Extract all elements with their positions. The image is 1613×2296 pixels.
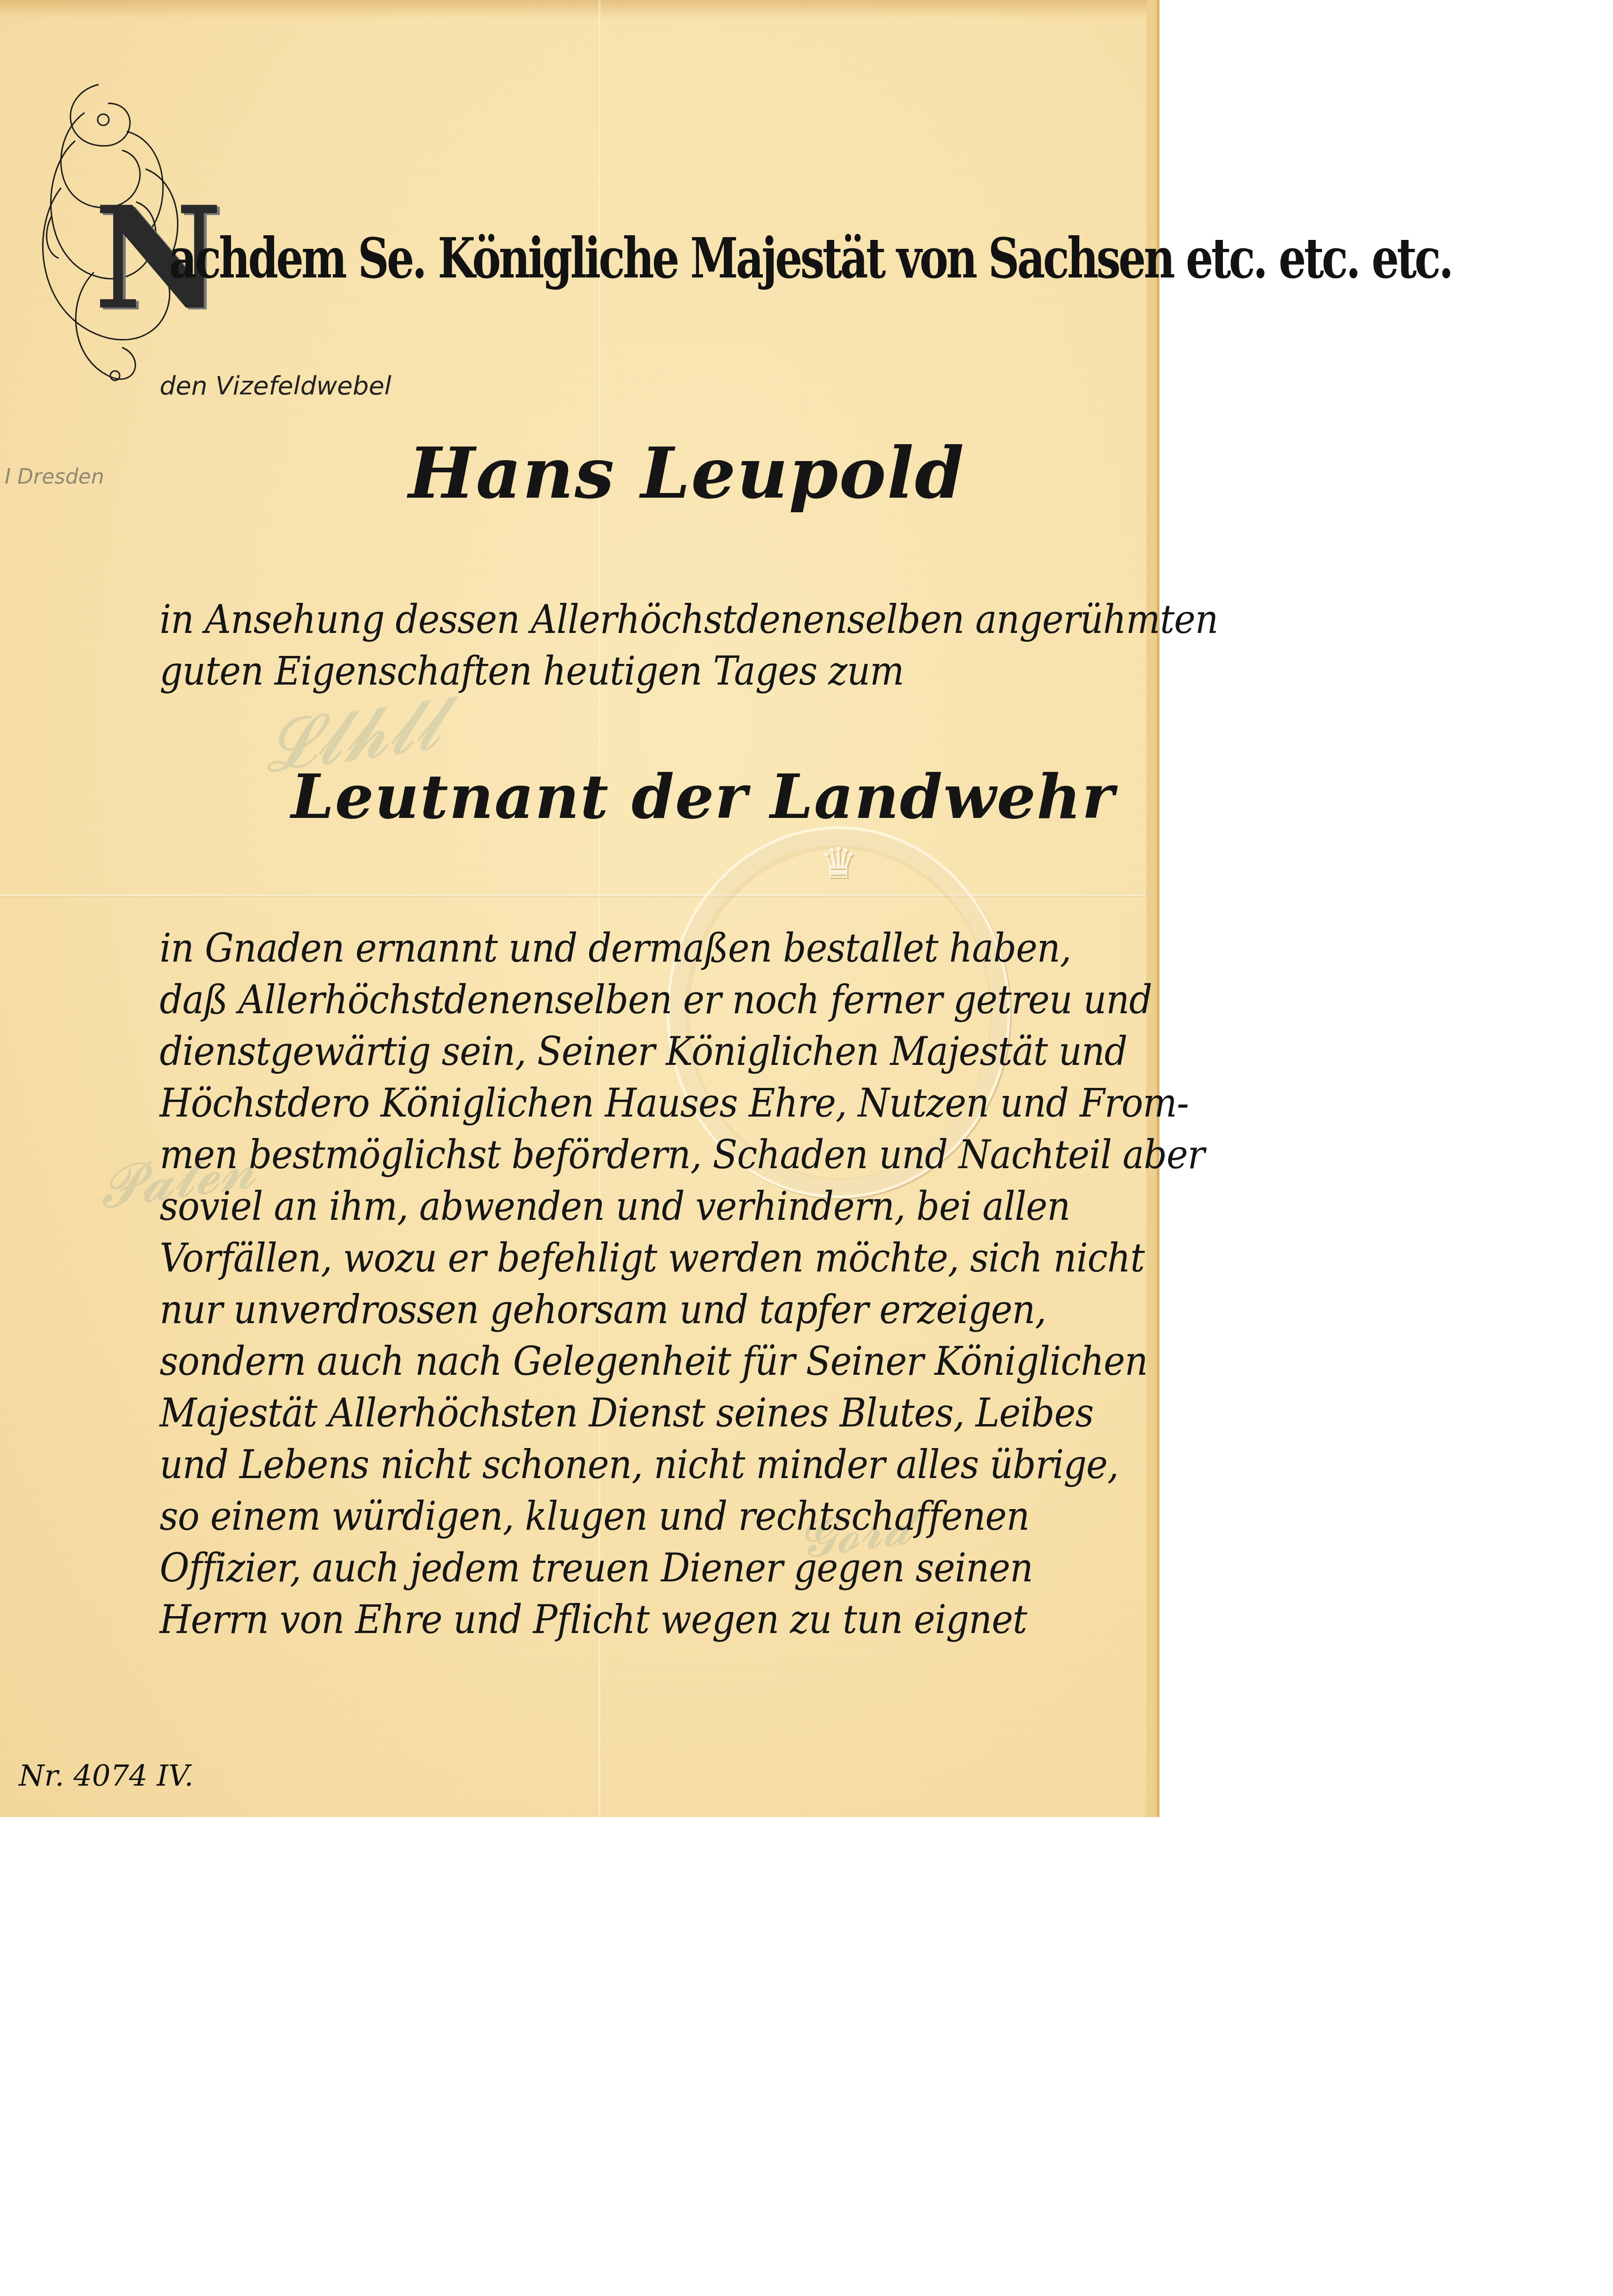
document-paper: ♛ 𝓛𝓵𝓱𝓵𝓵 𝓟𝓪𝓽𝓮𝓷 𝓖𝓸𝓻𝓭 N achdem Se. Königlic… [0,0,1160,1817]
body-line: soviel an ihm, abwenden und verhindern, … [160,1183,1070,1229]
body-line: dienstgewärtig sein, Seiner Königlichen … [160,1028,1127,1074]
document-number: Nr. 4074 IV. [19,1758,193,1793]
recipient-name: Hans Leupold [408,432,965,515]
body-line: men bestmöglichst befördern, Schaden und… [160,1132,1205,1178]
body-line: und Lebens nicht schonen, nicht minder a… [160,1441,1119,1487]
body-line: in Gnaden ernannt und dermaßen bestallet… [160,925,1071,971]
prefix-line: den Vizefeldwebel [160,371,392,401]
intro-line: guten Eigenschaften heutigen Tages zum [160,648,904,694]
body-line: Höchstdero Königlichen Hauses Ehre, Nutz… [160,1080,1189,1126]
heading-text: achdem Se. Königliche Majestät von Sachs… [169,225,1452,291]
intro-line: in Ansehung dessen Allerhöchstdenenselbe… [160,596,1218,642]
margin-note: I Dresden [5,465,104,489]
horizontal-fold-line [0,894,1145,897]
body-line: so einem würdigen, klugen und rechtschaf… [160,1493,1029,1539]
body-line: Offizier, auch jedem treuen Diener gegen… [160,1545,1033,1591]
crown-icon: ♛ [820,839,858,888]
body-line: Vorfällen, wozu er befehligt werden möch… [160,1235,1144,1281]
body-line: Herrn von Ehre und Pflicht wegen zu tun … [160,1596,1027,1642]
body-line: sondern auch nach Gelegenheit für Seiner… [160,1338,1148,1384]
rank-title: Leutnant der Landwehr [291,761,1115,832]
body-line: nur unverdrossen gehorsam und tapfer erz… [160,1287,1046,1333]
body-line: daß Allerhöchstdenenselben er noch ferne… [160,977,1152,1023]
body-line: Majestät Allerhöchsten Dienst seines Blu… [160,1390,1093,1436]
document-heading: N achdem Se. Königliche Majestät von Sac… [19,75,1164,394]
